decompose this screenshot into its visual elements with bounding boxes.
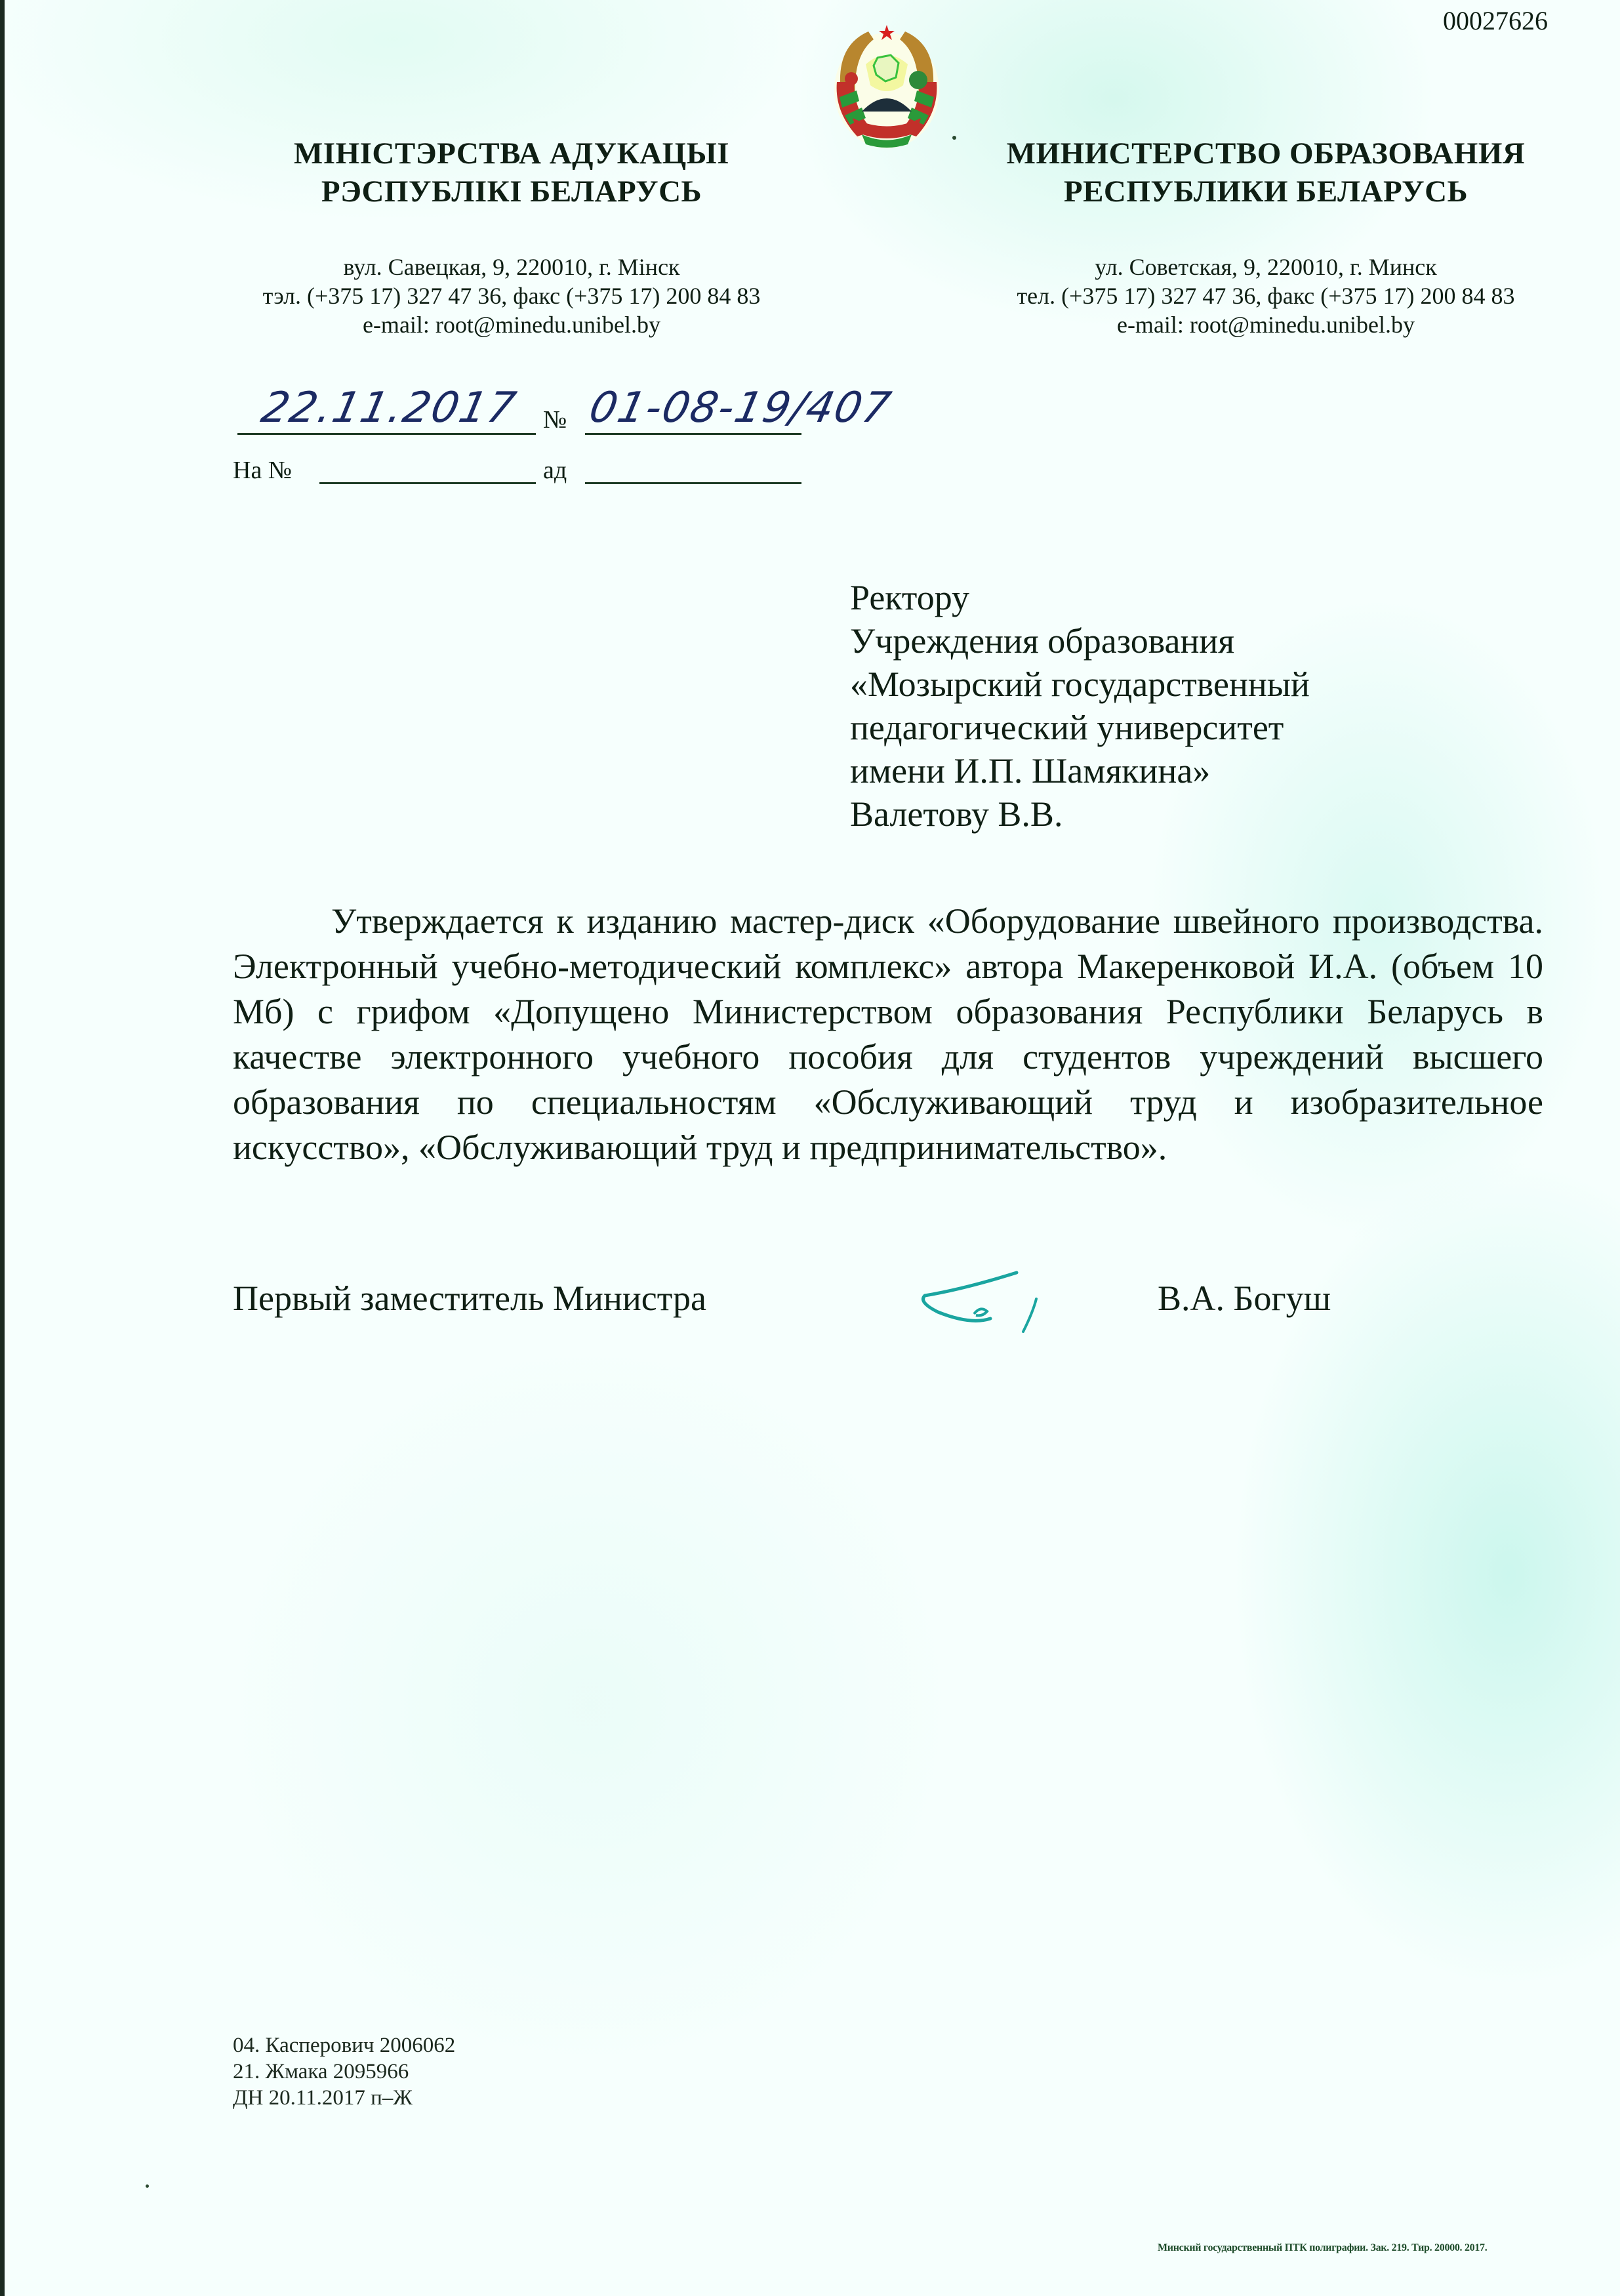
recipient-line: Ректору [850,576,1310,619]
state-emblem-icon [828,20,946,151]
recipient-line: Учреждения образования [850,619,1310,663]
ministry-title-russian: МИНИСТЕРСТВО ОБРАЗОВАНИЯ РЕСПУБЛИКИ БЕЛА… [971,134,1561,211]
signatory-name: В.А. Богуш [1158,1278,1331,1319]
title-line: МІНІСТЭРСТВА АДУКАЦЫІ [216,134,807,173]
title-line: МИНИСТЕРСТВО ОБРАЗОВАНИЯ [971,134,1561,173]
signatory-position: Первый заместитель Министра [233,1278,706,1319]
recipient-line: педагогический университет [850,706,1310,749]
executor-line: 04. Касперович 2006062 [233,2032,455,2059]
title-line: РЕСПУБЛИКИ БЕЛАРУСЬ [971,173,1561,211]
scan-speck [146,2184,149,2188]
date-underline [237,433,536,435]
number-underline [585,433,801,435]
ministry-contacts-belarusian: вул. Савецкая, 9, 220010, г. Мінск тэл. … [216,253,807,339]
recipient-line: имени И.П. Шамякина» [850,749,1310,792]
printer-imprint: Минский государственный ПТК полиграфии. … [1158,2242,1487,2254]
recipient-block: Ректору Учреждения образования «Мозырски… [850,576,1310,836]
document-serial-number: 00027626 [1443,5,1548,36]
ministry-contacts-russian: ул. Советская, 9, 220010, г. Минск тел. … [971,253,1561,339]
ministry-title-belarusian: МІНІСТЭРСТВА АДУКАЦЫІ РЭСПУБЛІКІ БЕЛАРУС… [216,134,807,211]
phones: тел. (+375 17) 327 47 36, факс (+375 17)… [971,281,1561,310]
handwritten-reg-number: 01-08-19/407 [585,384,896,432]
recipient-line: Валетову В.В. [850,792,1310,836]
reply-to-label: На № [233,456,292,485]
handwritten-signature-icon [905,1263,1089,1335]
phones: тэл. (+375 17) 327 47 36, факс (+375 17)… [216,281,807,310]
handwritten-date: 22.11.2017 [257,384,521,432]
reply-date-line [585,482,801,484]
title-line: РЭСПУБЛІКІ БЕЛАРУСЬ [216,173,807,211]
recipient-line: «Мозырский государственный [850,663,1310,706]
executor-line: ДН 20.11.2017 п–Ж [233,2085,455,2111]
executor-line: 21. Жмака 2095966 [233,2059,455,2085]
address: ул. Советская, 9, 220010, г. Минск [971,253,1561,281]
address: вул. Савецкая, 9, 220010, г. Мінск [216,253,807,281]
executors-block: 04. Касперович 2006062 21. Жмака 2095966… [233,2032,455,2111]
letter-body: Утверждается к изданию мастер-диск «Обор… [233,899,1543,1170]
email: e-mail: root@minedu.unibel.by [216,310,807,339]
scan-speck [952,136,956,140]
reply-date-label: ад [543,456,567,485]
email: e-mail: root@minedu.unibel.by [971,310,1561,339]
number-label: № [543,405,567,434]
reply-number-line [319,482,536,484]
scan-edge [0,0,5,2296]
